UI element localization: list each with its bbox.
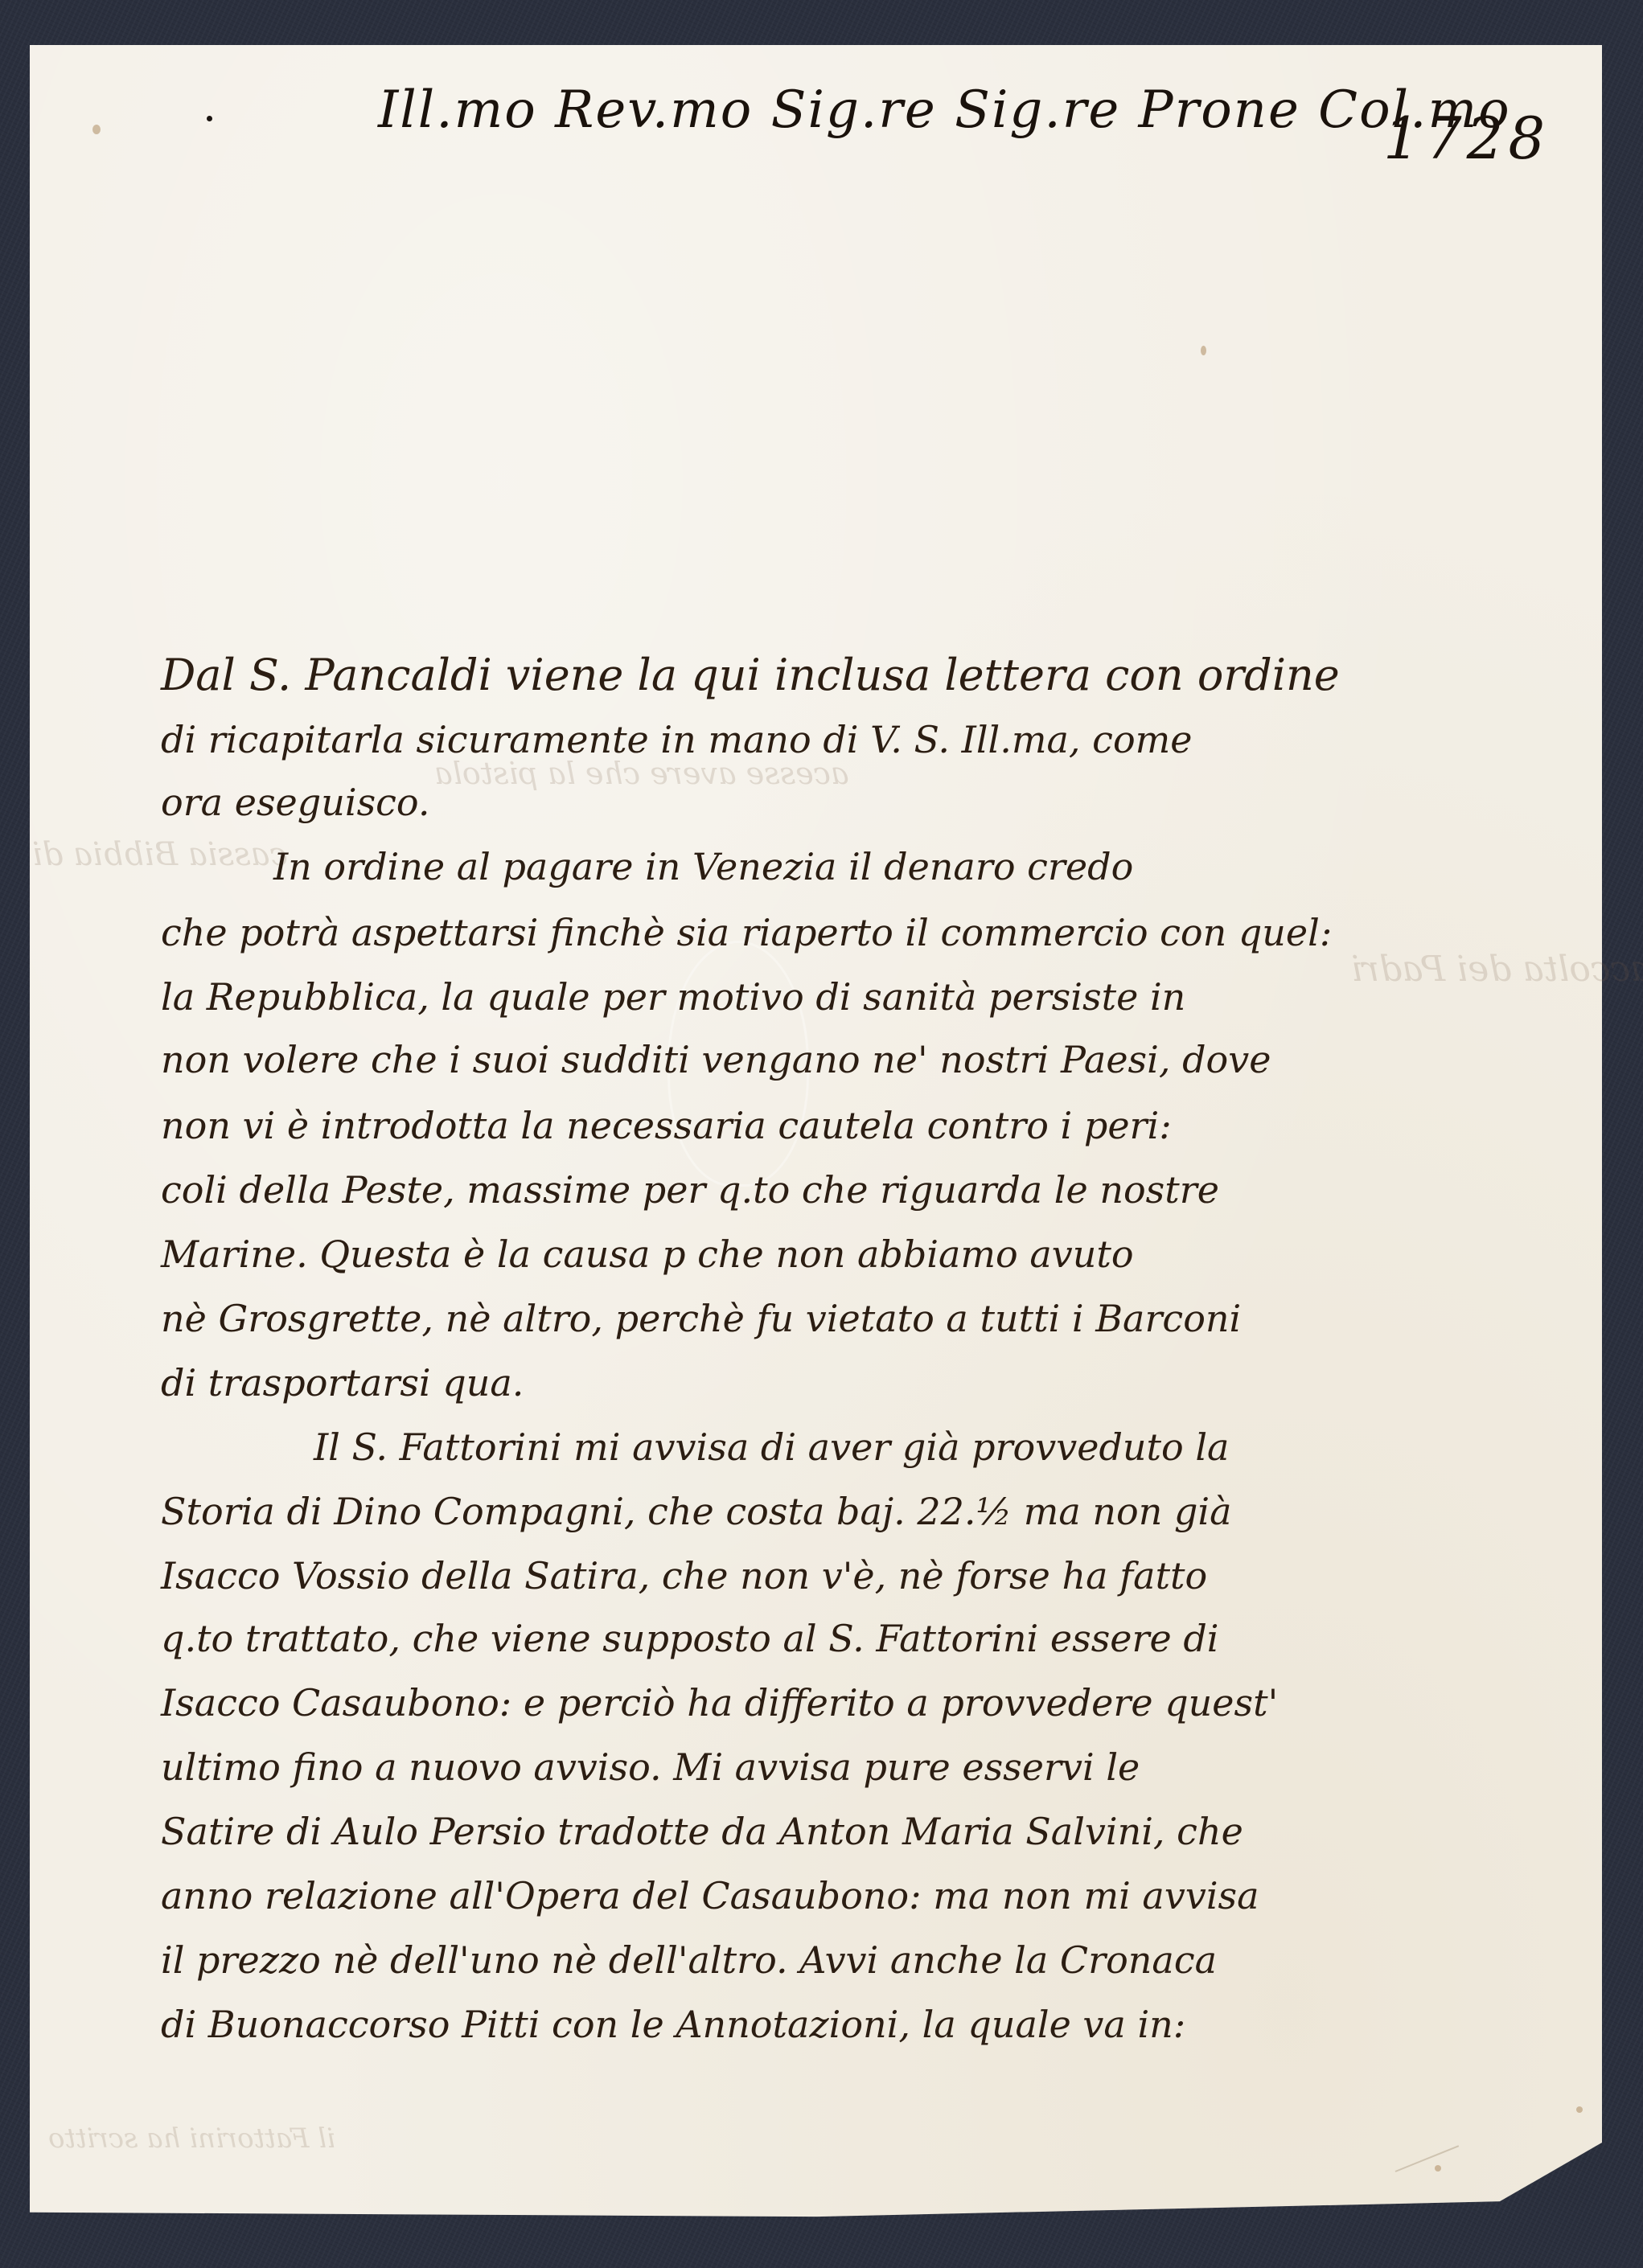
- letter-year: 1728: [1383, 105, 1550, 172]
- foxing-stain: [1576, 2106, 1583, 2113]
- foxing-stain: [1201, 346, 1206, 355]
- foxing-stain: [1435, 2165, 1441, 2172]
- bleed-through-text: cassia Bibbia di: [32, 836, 288, 873]
- letter-salutation: Ill.mo Rev.mo Sig.re Sig.re Prone Col.mo: [378, 80, 1511, 140]
- ink-speck: [207, 116, 212, 121]
- bleed-through-text: Raccolta dei Padri: [1351, 949, 1643, 990]
- foxing-stain: [92, 125, 101, 134]
- bleed-through-text: il Fattorini ha scritto: [48, 2122, 335, 2155]
